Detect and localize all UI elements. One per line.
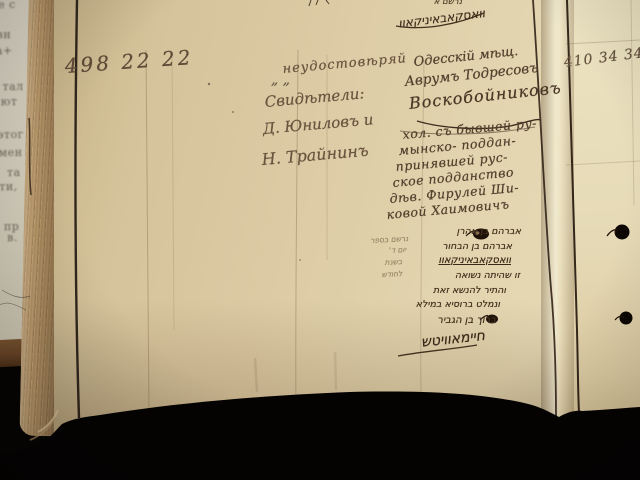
page-crease [335, 352, 336, 390]
hebrew-note-line-7: ברוך בן הגביר [414, 315, 496, 326]
hair-scratch [0, 303, 26, 310]
dust-speck [232, 111, 234, 113]
hebrew-note-line-2: אברהם בן הבחור [428, 241, 512, 252]
page-crease [255, 358, 257, 392]
ruling-line [631, 0, 634, 205]
hebrew-note-line-4: זו שהיתה נשואה [388, 270, 520, 281]
ruling-line [566, 40, 640, 44]
hebrew-note-line-5: והתיר להנשא זאת [404, 285, 506, 296]
ledger-photo-scene: е с вн а+ тал ют этог мен та ти, пр в. [0, 0, 640, 480]
hair-scratch [2, 290, 30, 297]
hebrew-note-line-1: אברהם בן אהרן [413, 226, 521, 237]
hebrew-note-line-6: ונמלט ברוסיא במילא [386, 299, 500, 310]
bottom-shadow [0, 392, 640, 480]
stray-stroke [326, 0, 329, 4]
column-rule-line [146, 50, 149, 412]
column-rule-line [172, 55, 174, 330]
stray-stroke [309, 0, 311, 6]
hebrew-note-line-3: וואסקאבאיניקאוו [423, 255, 511, 266]
dust-speck [208, 83, 210, 85]
top-annotation-line-1: נרשם א' [406, 0, 462, 7]
wormhole [620, 312, 633, 325]
stray-stroke [316, 0, 318, 5]
wormhole [615, 225, 630, 240]
wormhole-tail [607, 230, 616, 236]
fore-edge-crack [29, 118, 31, 195]
ruling-line [566, 161, 640, 165]
dust-speck [299, 259, 301, 261]
